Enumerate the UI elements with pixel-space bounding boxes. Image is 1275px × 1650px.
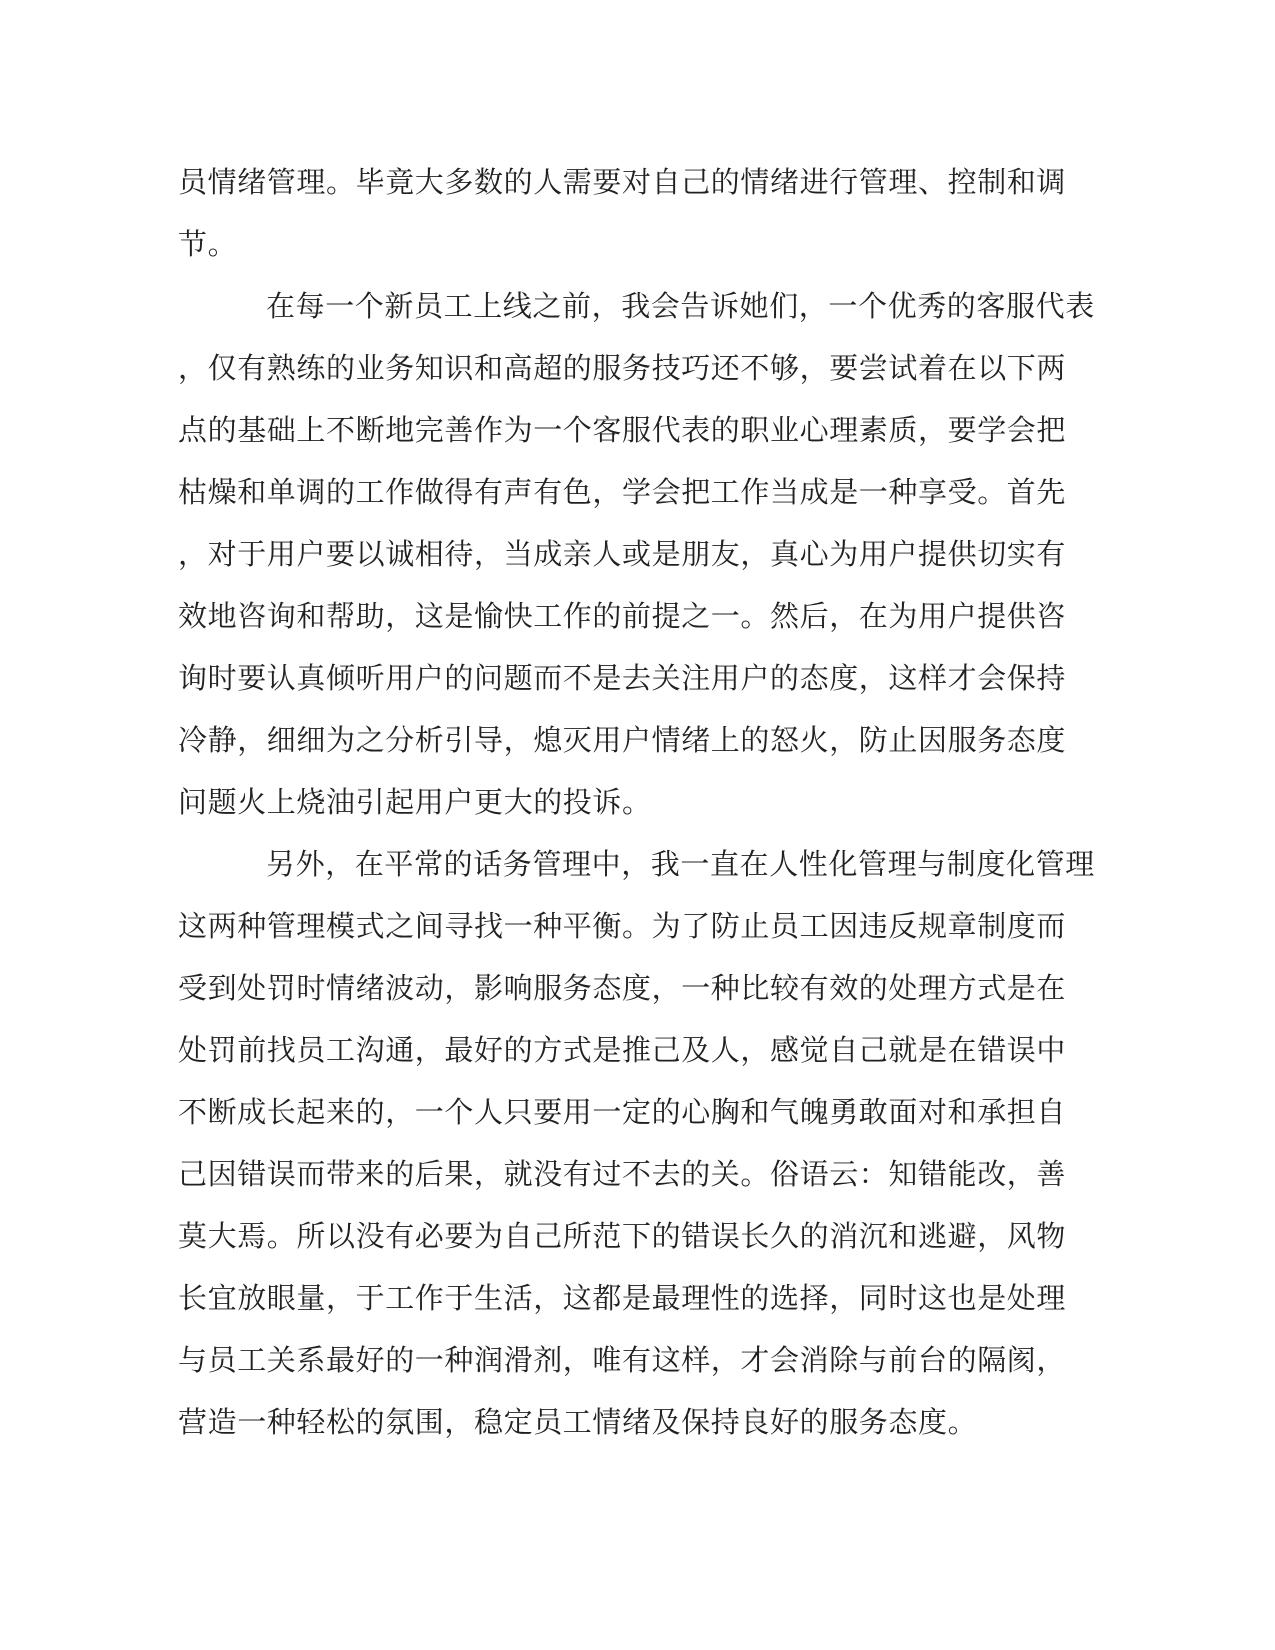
text-line: ，对于用户要以诚相待，当成亲人或是朋友，真心为用户提供切实有 bbox=[178, 524, 1073, 586]
text-line: 另外，在平常的话务管理中，我一直在人性化管理与制度化管理 bbox=[178, 834, 1073, 896]
text-line: 枯燥和单调的工作做得有声有色，学会把工作当成是一种享受。首先 bbox=[178, 462, 1073, 524]
text-line: 处罚前找员工沟通，最好的方式是推己及人，感觉自己就是在错误中 bbox=[178, 1020, 1073, 1082]
text-line: ，仅有熟练的业务知识和高超的服务技巧还不够，要尝试着在以下两 bbox=[178, 338, 1073, 400]
text-line: 莫大焉。所以没有必要为自己所范下的错误长久的消沉和逃避，风物 bbox=[178, 1206, 1073, 1268]
text-line: 长宜放眼量，于工作于生活，这都是最理性的选择，同时这也是处理 bbox=[178, 1268, 1073, 1330]
text-line: 点的基础上不断地完善作为一个客服代表的职业心理素质，要学会把 bbox=[178, 400, 1073, 462]
document-page: 员情绪管理。毕竟大多数的人需要对自己的情绪进行管理、控制和调节。在每一个新员工上… bbox=[0, 0, 1275, 1650]
text-line: 问题火上烧油引起用户更大的投诉。 bbox=[178, 772, 1073, 834]
text-line: 在每一个新员工上线之前，我会告诉她们，一个优秀的客服代表 bbox=[178, 276, 1073, 338]
text-line: 效地咨询和帮助，这是愉快工作的前提之一。然后，在为用户提供咨 bbox=[178, 586, 1073, 648]
text-line: 受到处罚时情绪波动，影响服务态度，一种比较有效的处理方式是在 bbox=[178, 958, 1073, 1020]
text-line: 员情绪管理。毕竟大多数的人需要对自己的情绪进行管理、控制和调 bbox=[178, 152, 1073, 214]
text-line: 与员工关系最好的一种润滑剂，唯有这样，才会消除与前台的隔阂， bbox=[178, 1330, 1073, 1392]
text-line: 己因错误而带来的后果，就没有过不去的关。俗语云：知错能改，善 bbox=[178, 1144, 1073, 1206]
text-line: 冷静，细细为之分析引导，熄灭用户情绪上的怒火，防止因服务态度 bbox=[178, 710, 1073, 772]
text-line: 不断成长起来的，一个人只要用一定的心胸和气魄勇敢面对和承担自 bbox=[178, 1082, 1073, 1144]
document-body-text: 员情绪管理。毕竟大多数的人需要对自己的情绪进行管理、控制和调节。在每一个新员工上… bbox=[178, 152, 1073, 1454]
text-line: 询时要认真倾听用户的问题而不是去关注用户的态度，这样才会保持 bbox=[178, 648, 1073, 710]
text-line: 营造一种轻松的氛围，稳定员工情绪及保持良好的服务态度。 bbox=[178, 1392, 1073, 1454]
text-line: 节。 bbox=[178, 214, 1073, 276]
text-line: 这两种管理模式之间寻找一种平衡。为了防止员工因违反规章制度而 bbox=[178, 896, 1073, 958]
